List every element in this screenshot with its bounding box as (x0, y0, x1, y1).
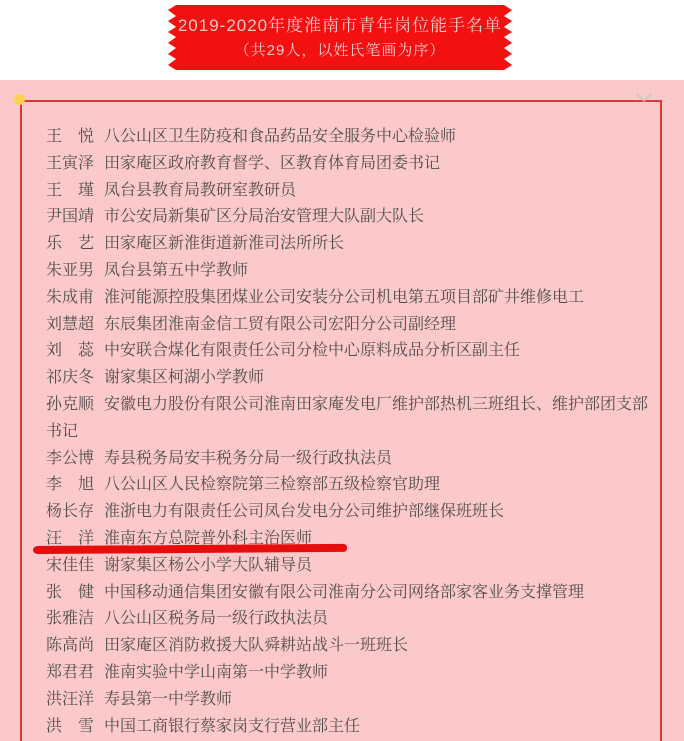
list-item: 刘慧超东辰集团淮南金信工贸有限公司宏阳分公司副经理 (46, 312, 650, 339)
list-item: 宋佳佳谢家集区杨公小学大队辅导员 (46, 553, 650, 580)
list-item: 汪 洋淮南东方总院普外科主治医师 (46, 526, 650, 553)
person-name: 刘慧超 (46, 316, 94, 333)
person-name: 乐 艺 (46, 235, 94, 252)
person-title: 八公山区人民检察院第三检察部五级检察官助理 (104, 476, 440, 493)
list-item: 乐 艺田家庵区新淮街道新淮司法所所长 (46, 231, 650, 258)
person-title: 淮南东方总院普外科主治医师 (104, 530, 312, 547)
list-item: 洪 雪中国工商银行蔡家岗支行营业部主任 (46, 714, 650, 741)
person-name: 李 旭 (46, 476, 94, 493)
person-title: 安徽电力股份有限公司淮南田家庵发电厂维护部热机三班组长、维护部团支部书记 (46, 396, 648, 440)
person-title: 谢家集区柯湖小学教师 (104, 369, 264, 386)
person-title: 淮浙电力有限责任公司凤台发电分公司维护部继保班班长 (104, 503, 504, 520)
person-title: 凤台县教育局教研室教研员 (104, 182, 296, 199)
banner-subtitle: （共29人，以姓氏笔画为序） (235, 43, 446, 58)
person-name: 李公博 (46, 450, 94, 467)
list-item: 王 悦八公山区卫生防疫和食品药品安全服务中心检验师 (46, 124, 650, 151)
person-title: 寿县税务局安丰税务分局一级行政执法员 (104, 450, 392, 467)
list-item: 李公博寿县税务局安丰税务分局一级行政执法员 (46, 446, 650, 473)
list-item: 郑君君淮南实验中学山南第一中学教师 (46, 660, 650, 687)
person-title: 田家庵区消防救援大队舜耕站战斗一班班长 (104, 637, 408, 654)
person-name: 刘 蕊 (46, 342, 94, 359)
person-name: 洪 雪 (46, 718, 94, 735)
list-item: 张雅洁八公山区税务局一级行政执法员 (46, 606, 650, 633)
person-name: 宋佳佳 (46, 557, 94, 574)
list-item: 祁庆冬谢家集区柯湖小学教师 (46, 365, 650, 392)
list-item: 李 旭八公山区人民检察院第三检察部五级检察官助理 (46, 472, 650, 499)
person-name: 朱亚男 (46, 262, 94, 279)
list-item: 刘 蕊中安联合煤化有限责任公司分检中心原料成品分析区副主任 (46, 338, 650, 365)
person-name: 汪 洋 (46, 530, 94, 547)
list-item: 王寅泽田家庵区政府教育督学、区教育体育局团委书记 (46, 151, 650, 178)
person-name: 尹国靖 (46, 208, 94, 225)
banner: 2019-2020年度淮南市青年岗位能手名单 （共29人，以姓氏笔画为序） (168, 5, 512, 70)
person-title: 寿县第一中学教师 (104, 691, 232, 708)
list-item: 张 健中国移动通信集团安徽有限公司淮南分公司网络部家客业务支撑管理 (46, 580, 650, 607)
list-panel: 王 悦八公山区卫生防疫和食品药品安全服务中心检验师 王寅泽田家庵区政府教育督学、… (0, 80, 684, 741)
person-name: 张 健 (46, 584, 94, 601)
entries: 王 悦八公山区卫生防疫和食品药品安全服务中心检验师 王寅泽田家庵区政府教育督学、… (46, 124, 650, 740)
person-name: 朱成甫 (46, 289, 94, 306)
list-item: 杨长存淮浙电力有限责任公司凤台发电分公司维护部继保班班长 (46, 499, 650, 526)
person-title: 淮南实验中学山南第一中学教师 (104, 664, 328, 681)
list-item: 尹国靖市公安局新集矿区分局治安管理大队副大队长 (46, 204, 650, 231)
person-title: 八公山区卫生防疫和食品药品安全服务中心检验师 (104, 128, 456, 145)
person-title: 田家庵区新淮街道新淮司法所所长 (104, 235, 344, 252)
person-title: 中国移动通信集团安徽有限公司淮南分公司网络部家客业务支撑管理 (104, 584, 584, 601)
list-item: 孙克顺安徽电力股份有限公司淮南田家庵发电厂维护部热机三班组长、维护部团支部书记 (46, 392, 650, 446)
corner-dot-icon (14, 94, 25, 105)
person-name: 陈高尚 (46, 637, 94, 654)
person-name: 王寅泽 (46, 155, 94, 172)
banner-title: 2019-2020年度淮南市青年岗位能手名单 (178, 17, 502, 34)
person-name: 王 瑾 (46, 182, 94, 199)
person-title: 中国工商银行蔡家岗支行营业部主任 (104, 718, 360, 735)
list-item: 陈高尚田家庵区消防救援大队舜耕站战斗一班班长 (46, 633, 650, 660)
person-title: 淮河能源控股集团煤业公司安装分公司机电第五项目部矿井维修电工 (104, 289, 584, 306)
person-title: 东辰集团淮南金信工贸有限公司宏阳分公司副经理 (104, 316, 456, 333)
person-title: 田家庵区政府教育督学、区教育体育局团委书记 (104, 155, 440, 172)
person-name: 祁庆冬 (46, 369, 94, 386)
person-title: 八公山区税务局一级行政执法员 (104, 610, 328, 627)
person-title: 谢家集区杨公小学大队辅导员 (104, 557, 312, 574)
person-title: 中安联合煤化有限责任公司分检中心原料成品分析区副主任 (104, 342, 520, 359)
person-name: 杨长存 (46, 503, 94, 520)
person-name: 王 悦 (46, 128, 94, 145)
list-item: 朱亚男凤台县第五中学教师 (46, 258, 650, 285)
list-item: 王 瑾凤台县教育局教研室教研员 (46, 178, 650, 205)
person-title: 市公安局新集矿区分局治安管理大队副大队长 (104, 208, 424, 225)
person-name: 孙克顺 (46, 396, 94, 413)
person-name: 郑君君 (46, 664, 94, 681)
list-item: 朱成甫淮河能源控股集团煤业公司安装分公司机电第五项目部矿井维修电工 (46, 285, 650, 312)
person-name: 张雅洁 (46, 610, 94, 627)
person-name: 洪汪洋 (46, 691, 94, 708)
list-item: 洪汪洋寿县第一中学教师 (46, 687, 650, 714)
person-title: 凤台县第五中学教师 (104, 262, 248, 279)
